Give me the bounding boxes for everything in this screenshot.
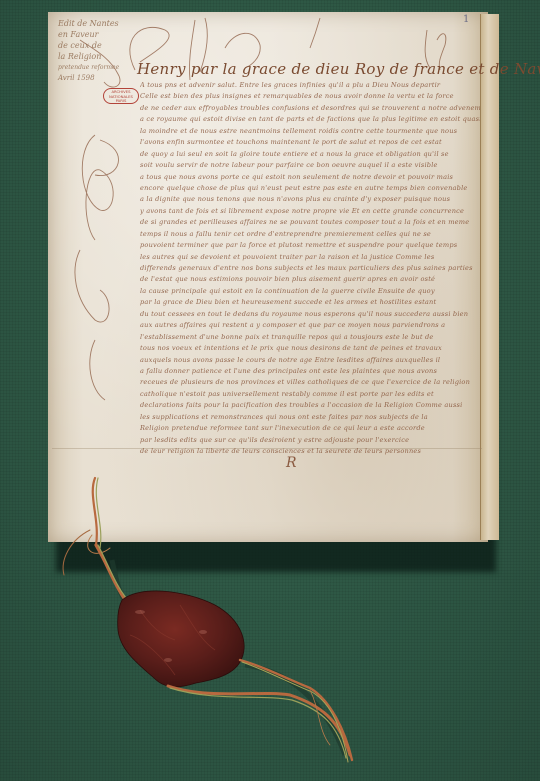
wax-seal-with-cords	[0, 0, 540, 781]
